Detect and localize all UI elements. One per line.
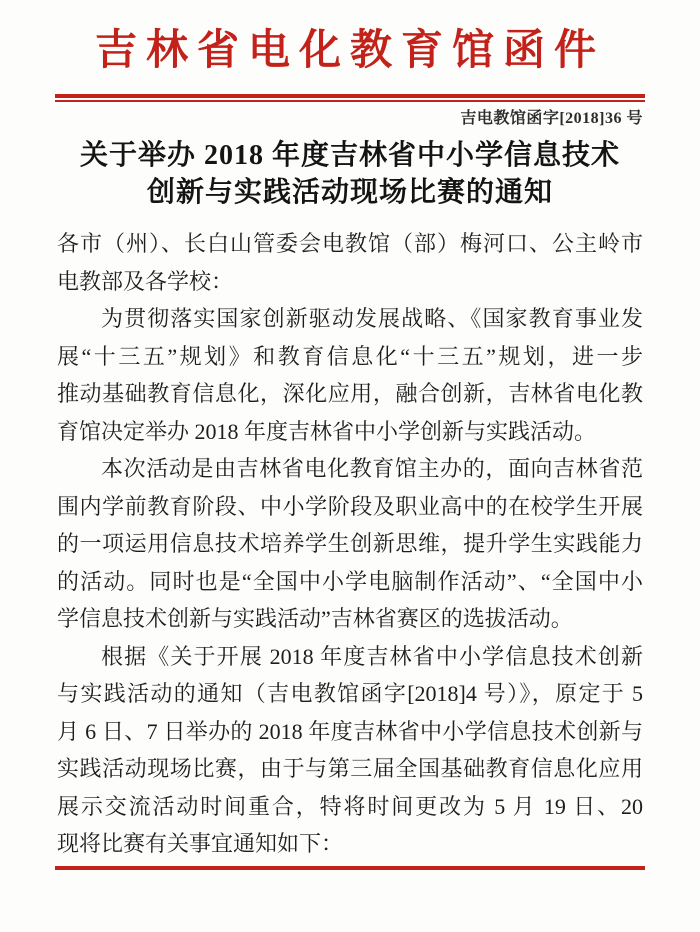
- paragraph-line: 本次活动是由吉林省电化教育馆主办的，面向吉林省范: [57, 450, 643, 488]
- scanned-letter-page: 吉林省电化教育馆函件 吉电教馆函字[2018]36 号 关于举办 2018 年度…: [0, 0, 700, 932]
- letterhead-double-rule: [55, 94, 645, 102]
- paragraph-line: 围内学前教育阶段、中小学阶段及职业高中的在校学生开展: [57, 488, 643, 526]
- paragraph-line: 与实践活动的通知（吉电教馆函字[2018]4 号）》，原定于 5: [57, 675, 643, 713]
- recipient-line: 电教部及各学校：: [57, 263, 643, 301]
- document-title-line-1: 关于举办 2018 年度吉林省中小学信息技术: [0, 137, 700, 174]
- paragraph-line: 学信息技术创新与实践活动”吉林省赛区的选拔活动。: [57, 600, 643, 638]
- document-body: 各市（州）、长白山管委会电教馆（部）梅河口、公主岭市 电教部及各学校： 为贯彻落…: [57, 225, 643, 863]
- paragraph-line: 月 6 日、7 日举办的 2018 年度吉林省中小学信息技术创新与: [57, 713, 643, 751]
- recipient-line: 各市（州）、长白山管委会电教馆（部）梅河口、公主岭市: [57, 225, 643, 263]
- paragraph-line: 推动基础教育信息化，深化应用，融合创新，吉林省电化教: [57, 375, 643, 413]
- footer-rule: [55, 866, 645, 870]
- paragraph-line: 为贯彻落实国家创新驱动发展战略、《国家教育事业发: [57, 300, 643, 338]
- document-title-line-2: 创新与实践活动现场比赛的通知: [0, 174, 700, 211]
- document-title: 关于举办 2018 年度吉林省中小学信息技术 创新与实践活动现场比赛的通知: [0, 137, 700, 211]
- document-number: 吉电教馆函字[2018]36 号: [57, 110, 643, 128]
- paragraph-line: 展“十三五”规划》和教育信息化“十三五”规划，进一步: [57, 338, 643, 376]
- paragraph-line: 实践活动现场比赛，由于与第三届全国基础教育信息化应用: [57, 750, 643, 788]
- paragraph-line: 的活动。同时也是“全国中小学电脑制作活动”、“全国中小: [57, 563, 643, 601]
- paragraph-line: 现将比赛有关事宜通知如下：: [57, 825, 643, 863]
- paragraph-line: 展示交流活动时间重合，特将时间更改为 5 月 19 日、20 日。: [57, 788, 643, 826]
- letterhead-org-title: 吉林省电化教育馆函件: [0, 26, 700, 76]
- paragraph-line: 育馆决定举办 2018 年度吉林省中小学创新与实践活动。: [57, 413, 643, 451]
- paragraph-line: 的一项运用信息技术培养学生创新思维，提升学生实践能力: [57, 525, 643, 563]
- paragraph-line: 根据《关于开展 2018 年度吉林省中小学信息技术创新: [57, 638, 643, 676]
